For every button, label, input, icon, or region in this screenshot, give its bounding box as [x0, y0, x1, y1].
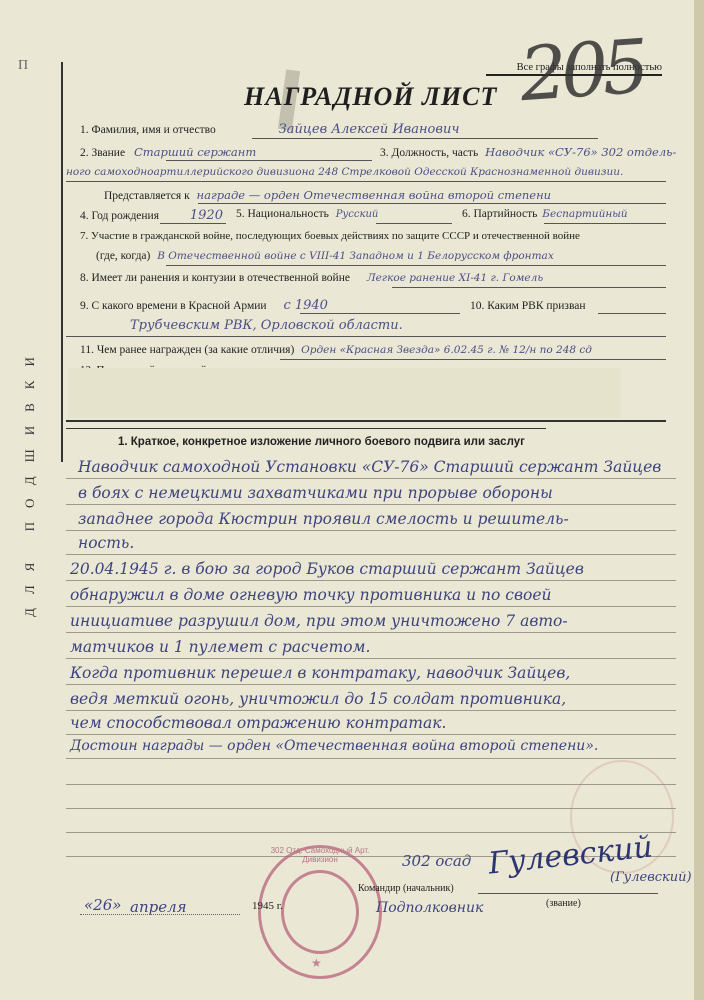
field-prev-awards-value: Орден «Красная Звезда» 6.02.45 г. № 12/н… [301, 344, 592, 356]
field-participation-label-b: (где, когда) [96, 250, 150, 262]
narrative-line: Когда противник перешел в контратаку, на… [70, 664, 570, 682]
commander-name: (Гулевский) [610, 870, 692, 885]
ruled-line [66, 632, 676, 633]
underline [66, 181, 666, 182]
field-participation-value: В Отечественной войне с VIII-41 Западном… [157, 250, 554, 262]
narrative-line: инициативе разрушил дом, при этом уничто… [70, 612, 568, 630]
underline [198, 203, 666, 204]
binding-margin-text: ДЛЯ ПОДШИВКИ [22, 270, 52, 690]
stamp-text: 302 Отд. Самоходный Арт. Дивизион [261, 846, 379, 864]
underline [392, 287, 666, 288]
field-birth-year: 4. Год рождения 1920 [80, 208, 223, 223]
field-wounds-value: Легкое ранение XI-41 г. Гомель [367, 272, 543, 284]
narrative-line: ведя меткий огонь, уничтожил до 15 солда… [70, 690, 566, 708]
field-position-cont: ного самоходноартиллерийского дивизиона … [66, 166, 623, 178]
binding-margin-line [61, 62, 63, 462]
narrative-line: ность. [78, 534, 134, 552]
ruled-line [66, 504, 676, 505]
ruled-line [66, 580, 676, 581]
field-rvk-value: Трубчевским РВК, Орловской области. [130, 318, 403, 333]
section-divider [66, 428, 546, 429]
ruled-line [66, 478, 676, 479]
stamp-emblem [281, 870, 359, 954]
field-party: 6. Партийность Беспартийный [462, 208, 628, 220]
underline [280, 359, 666, 360]
ruled-line [66, 606, 676, 607]
narrative-line: чем способствовал отражению контратак. [70, 714, 446, 732]
page-edge [694, 0, 704, 1000]
field-name: 1. Фамилия, имя и отчество Зайцев Алексе… [80, 122, 459, 137]
narrative-line: западнее города Кюстрин проявил смелость… [78, 510, 569, 528]
section-divider [66, 420, 666, 422]
underline [598, 313, 666, 314]
field-wounds-label: 8. Имеет ли ранения и контузии в отечест… [80, 272, 350, 284]
underline [376, 223, 452, 224]
field-birth-year-label: 4. Год рождения [80, 210, 159, 222]
narrative-line: Достоин награды — орден «Отечественная в… [70, 738, 598, 754]
field-position-label: 3. Должность, часть [380, 147, 478, 159]
signature-unit: 302 осад [402, 852, 471, 870]
field-rank: 2. Звание Старший сержант [80, 145, 256, 159]
ruled-line [66, 758, 676, 759]
underline [166, 160, 372, 161]
date-underline [80, 914, 240, 916]
corner-mark: П [18, 58, 28, 74]
underline [300, 313, 460, 314]
field-birth-year-value: 1920 [190, 208, 223, 223]
narrative-line: обнаружил в доме огневую точку противник… [70, 586, 551, 604]
field-participation-label: 7. Участие в гражданской войне, последую… [80, 230, 580, 242]
commander-label: Командир (начальник) [358, 883, 454, 894]
field-position-value-b: ного самоходноартиллерийского дивизиона … [66, 166, 623, 178]
ruled-line [66, 554, 676, 555]
underline [544, 223, 666, 224]
narrative-line: Наводчик самоходной Установки «СУ-76» Ст… [78, 458, 661, 476]
field-rvk-label: 10. Каким РВК призван [470, 300, 586, 312]
field-rank-label: 2. Звание [80, 147, 125, 159]
underline [252, 138, 598, 139]
date-day: «26» [84, 896, 121, 914]
ruled-line [66, 684, 676, 685]
field-name-value: Зайцев Алексей Иванович [279, 122, 460, 137]
field-party-value: Беспартийный [542, 208, 627, 220]
ruled-line [66, 710, 676, 711]
field-nationality-label: 5. Национальность [236, 208, 329, 220]
field-award: Представляется к награде — орден Отечест… [104, 188, 551, 202]
field-party-label: 6. Партийность [462, 208, 537, 220]
narrative-line: 20.04.1945 г. в бою за город Буков старш… [70, 560, 584, 578]
archive-number: 205 [517, 24, 646, 118]
redacted-address-block [68, 368, 621, 418]
commander-rank: Подполковник [376, 900, 483, 916]
narrative-line: матчиков и 1 пулемет с расчетом. [70, 638, 370, 656]
field-prev-awards-label: 11. Чем ранее награжден (за какие отличи… [80, 344, 294, 356]
ruled-line [66, 734, 676, 735]
official-stamp: 302 Отд. Самоходный Арт. Дивизион ★ [258, 845, 382, 979]
field-army-since: 9. С какого времени в Красной Армии с 19… [80, 298, 328, 313]
underline [166, 265, 666, 266]
field-name-label: 1. Фамилия, имя и отчество [80, 124, 216, 136]
date-year: 1945 г. [252, 900, 283, 912]
underline [66, 336, 666, 337]
field-nationality-value: Русский [336, 209, 379, 220]
field-award-label: Представляется к [104, 190, 190, 202]
field-participation: (где, когда) В Отечественной войне с VII… [96, 250, 554, 262]
ruled-line [66, 530, 676, 531]
field-prev-awards: 11. Чем ранее награжден (за какие отличи… [80, 344, 592, 356]
rank-label: (звание) [546, 898, 581, 909]
field-rank-value: Старший сержант [134, 145, 256, 159]
field-army-since-label: 9. С какого времени в Красной Армии [80, 300, 267, 312]
narrative-line: в боях с немецкими захватчиками при прор… [78, 484, 553, 502]
signature-underline [478, 893, 658, 894]
section-heading: 1. Краткое, конкретное изложение личного… [118, 436, 525, 448]
underline [160, 223, 226, 224]
field-award-value: награде — орден Отечественная война втор… [197, 188, 552, 202]
ruled-line [66, 658, 676, 659]
field-wounds: 8. Имеет ли ранения и контузии в отечест… [80, 272, 543, 284]
document-title: НАГРАДНОЙ ЛИСТ [244, 82, 497, 112]
field-position: 3. Должность, часть Наводчик «СУ-76» 302… [380, 145, 676, 159]
star-icon: ★ [311, 956, 322, 970]
field-nationality: 5. Национальность Русский [236, 208, 378, 220]
field-position-value-a: Наводчик «СУ-76» 302 отдель- [485, 145, 676, 159]
field-army-since-value: с 1940 [283, 298, 328, 313]
